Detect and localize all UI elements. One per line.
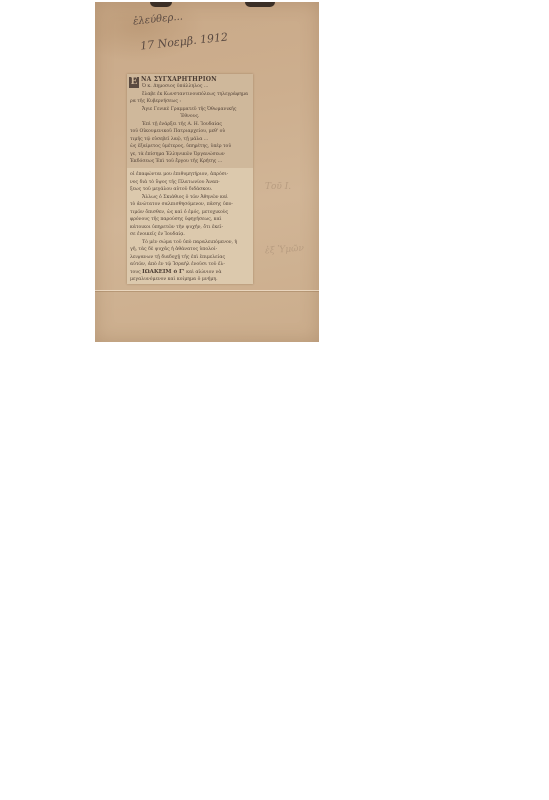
- pencil-note: Τοῦ Ι.: [265, 182, 291, 192]
- text-line: ἔλαβε ἐκ Κωνσταντινουπόλεως τηλεγράφημα: [130, 91, 250, 99]
- bold-name: ΙΩΑΚΕΙΜ ὁ Γ': [142, 269, 184, 275]
- text-line: ξεως τοῦ μεγάλου αὐτοῦ διδάσκου.: [130, 186, 250, 194]
- water-stain: [95, 2, 205, 62]
- text-line: λειψανων τῇ διαδοχῇ τῆς ἐπὶ ἐπιμελείας: [130, 254, 250, 262]
- text-line: νος διὰ τὸ ὕψος τῆς Πλατωνίου Ἀναπ-: [130, 179, 250, 187]
- scanned-paper-sheet: ἐλεύθερ... 17 Νοεμβ. 1912 Ε ΝΑ ΣΥΓΧΑΡΗΤΗ…: [95, 2, 319, 342]
- text-line: Τὸ μὲν σώμα τοῦ ὑπὸ παραλειπόμενον, ἡ: [130, 239, 250, 247]
- text-line: γῆ, τὰς δὲ ψυχᾶς ἡ ἀθάνατος ὑπολοί-: [130, 246, 250, 254]
- text-fragment: τους: [130, 270, 141, 275]
- closing-line: Μετὰ σεβασμοῦ διατελοῦμεν: [130, 284, 250, 285]
- text-line: τους ΙΩΑΚΕΙΜ ὁ Γ' καὶ αἰώνιον νὰ: [130, 269, 250, 277]
- clipping-lower-piece: οἱ ἐπαφώνται μου ἐπιθυμητήριον, ἀπρόσι- …: [127, 168, 253, 284]
- text-line: ρα τῆς Κυβερνήσεως :: [130, 98, 250, 106]
- text-fragment: καὶ αἰώνιον νὰ: [186, 270, 221, 275]
- text-line: κάτοικοι ὑπηρετῶν τὴν ψυχήν, ὅτι ἐκεῖ-: [130, 224, 250, 232]
- newspaper-clipping: Ε ΝΑ ΣΥΓΧΑΡΗΤΗΡΙΟΝ Ὁ κ. Δημοσιος ὑπάλληλ…: [127, 74, 253, 284]
- text-line: τοῦ Οἰκουμενικοῦ Πατριαρχείου, μεθ' οὗ: [130, 128, 250, 136]
- text-line: σε ἐνοικεῖς ἐν Ἰουδαίᾳ.: [130, 231, 250, 239]
- top-edge-mark: [150, 2, 172, 7]
- top-edge-mark: [245, 2, 275, 7]
- text-line: τιμῶν ὄπισθεν, ὡς καὶ ὁ ἐμός, μετοχικοὺς: [130, 209, 250, 217]
- paper-fold-line: [95, 290, 319, 291]
- text-line: Ἐκδόσεως Ἐπὶ τοῦ ἔργου τῆς Κρήτης ...: [130, 158, 250, 166]
- text-line: τιμῆς τῷ εὐσεβεῖ λαῷ, τῇ μάλα ...: [130, 136, 250, 144]
- text-line: Ἐπὶ τῇ ἐνάρξει τῆς Α. Η. Ἰουδαίας: [130, 121, 250, 129]
- text-line: φρόνους τῆς παρούσης ὑφηγήσεως, καὶ: [130, 216, 250, 224]
- text-line: Ἄλλως ὁ Σκιάθιος ὁ τῶν Ἀθηνῶν καὶ: [130, 194, 250, 202]
- text-line: Ἐθνους.: [130, 113, 250, 121]
- text-line: τὸ ἀνώτατον σαλπισθησόμενον, πᾶσης ὑπο-: [130, 201, 250, 209]
- clipping-upper-piece: Ε ΝΑ ΣΥΓΧΑΡΗΤΗΡΙΟΝ Ὁ κ. Δημοσιος ὑπάλληλ…: [127, 74, 253, 168]
- text-line: Ἄγιε Γενικὲ Γραμματεῦ τῆς Ὀθωμανικῆς: [130, 106, 250, 114]
- text-line: μεγαλυνόμενον καὶ κοίμημα ὁ μνήμη.: [130, 276, 250, 284]
- text-line: γε, τὰ ἐπίσημα Ἑλληνικῶν Ὀργανώσεων: [130, 151, 250, 159]
- text-line: αὐτῶν, ἀπὸ ἐν τῷ Ἰσραὴλ ἑνοῦσι τοῦ ἐλ-: [130, 261, 250, 269]
- text-line: ὡς ἐξαίρετος ὑμέτερος, ὑπηρέτης, ὑπὲρ το…: [130, 143, 250, 151]
- pencil-note: ἐξ Ὑμῶν: [265, 244, 305, 257]
- text-line: οἱ ἐπαφώνται μου ἐπιθυμητήριον, ἀπρόσι-: [130, 171, 250, 179]
- drop-cap: Ε: [129, 77, 139, 88]
- clipping-headline: ΝΑ ΣΥΓΧΑΡΗΤΗΡΙΟΝ: [141, 76, 253, 83]
- text-line: Ὁ κ. Δημοσιος ὑπάλληλος ...: [130, 83, 250, 91]
